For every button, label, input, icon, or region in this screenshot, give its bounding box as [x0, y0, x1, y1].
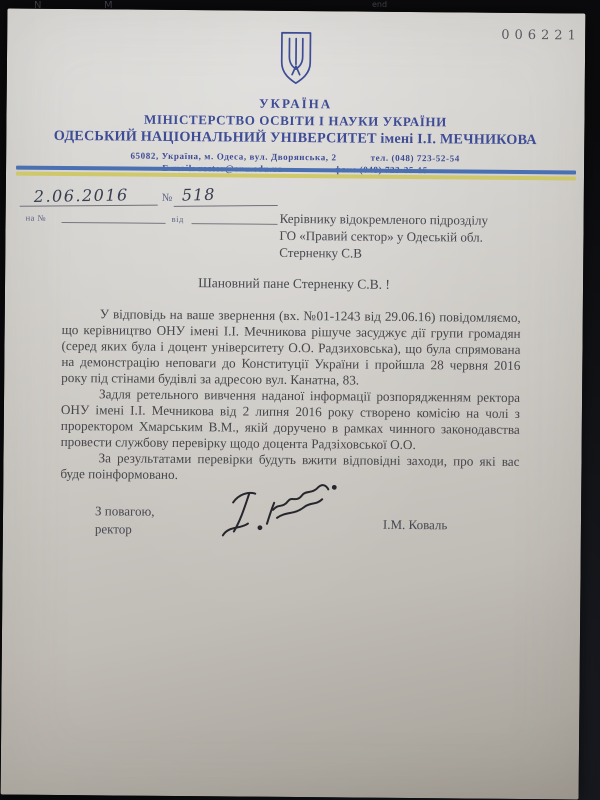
reference-block: 2.06.2016 № 518 на № від	[19, 189, 281, 235]
letter-page: 006221 УКРАЇНА МІНІСТЕРСТВО ОСВІТИ І НАУ…	[1, 8, 586, 799]
recipient-line: ГО «Правий сектор» у Одеській обл.	[279, 227, 488, 246]
recipient-line: Керівнику відокремленого підрозділу	[280, 210, 489, 229]
closing-block: З повагою, ректор	[95, 502, 155, 538]
signatory-name: І.М. Коваль	[383, 517, 448, 534]
number-sign: №	[162, 192, 173, 204]
phone-number: тел. (048) 723-52-54	[371, 153, 460, 164]
reply-date-underline	[192, 223, 278, 225]
letter-body: У відповідь на ваше звернення (вх. №01-1…	[60, 306, 521, 486]
date-underline	[20, 205, 158, 207]
salutation: Шановний пане Стерненку С.В. !	[5, 273, 583, 294]
address-line: 65082, Україна, м. Одеса, вул. Дворянськ…	[130, 151, 336, 163]
number-underline	[174, 205, 278, 207]
reply-from-label: від	[172, 214, 184, 224]
keyboard-key: end	[372, 0, 387, 9]
closing-phrase: З повагою,	[95, 502, 155, 520]
reply-number-underline	[62, 222, 166, 224]
coat-of-arms-icon	[7, 27, 586, 94]
letterhead: УКРАЇНА МІНІСТЕРСТВО ОСВІТИ І НАУКИ УКРА…	[6, 8, 585, 176]
signature-scribble	[217, 476, 344, 554]
outgoing-number-handwritten: 518	[182, 185, 216, 205]
recipient-line: Стерненку С.В	[279, 244, 488, 263]
university-name: ОДЕСЬКИЙ НАЦІОНАЛЬНИЙ УНІВЕРСИТЕТ імені …	[6, 127, 584, 149]
recipient-block: Керівнику відокремленого підрозділу ГО «…	[279, 210, 488, 263]
date-handwritten: 2.06.2016	[34, 185, 129, 206]
signatory-title: ректор	[95, 520, 155, 538]
reply-to-label: на №	[26, 213, 47, 223]
